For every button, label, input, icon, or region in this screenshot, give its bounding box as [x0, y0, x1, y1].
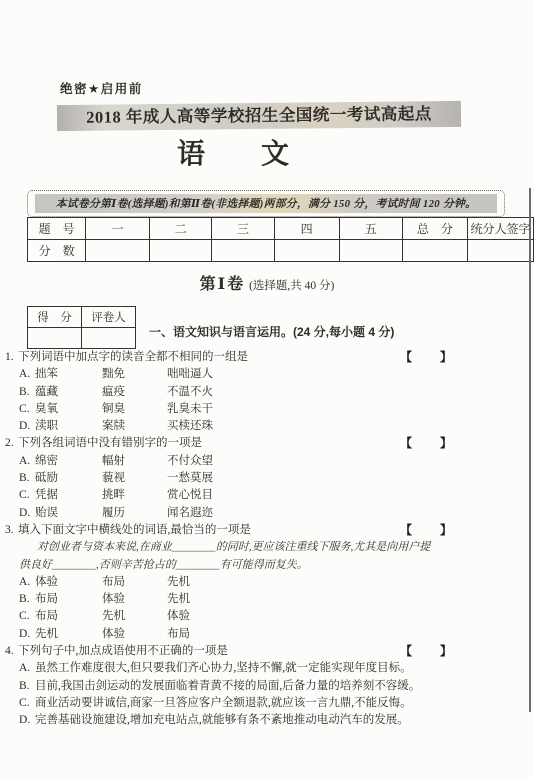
score-cell	[402, 240, 467, 262]
option-word: 幅射	[102, 453, 167, 470]
option-row: B.目前,我国击剑运动的发展面临着青黄不接的局面,后备力量的培养刻不容缓。	[5, 678, 460, 695]
option-label: D.	[19, 418, 35, 435]
grader-box-header-row: 得 分 评卷人	[28, 307, 136, 328]
passage-line: 供良好＿＿＿＿,否则辛苦抢占的＿＿＿＿有可能得而复失。	[5, 557, 460, 574]
option-word: 绵密	[35, 455, 58, 467]
score-table-header-row: 题 号 一 二 三 四 五 总 分 统分人签字	[28, 218, 534, 240]
option-word: 藐视	[102, 470, 167, 487]
option-row: D.先机 体验 布局	[5, 626, 460, 643]
option-word: 先机	[35, 628, 58, 640]
answer-bracket: 【 】	[400, 349, 460, 366]
score-table-header-cell: 题 号	[28, 218, 86, 240]
option-word: 贻误	[35, 507, 58, 519]
option-row: A.体验 布局 先机	[5, 574, 460, 591]
option-label: D.	[19, 712, 35, 729]
option-row: B.蕴藏 瘟疫 不温不火	[5, 384, 460, 401]
option-word: 体验	[167, 608, 460, 625]
score-table-header-cell: 四	[274, 218, 339, 240]
option-row: C.商业活动要讲诚信,商家一旦答应客户全额退款,就应该一言九鼎,不能反悔。	[5, 695, 460, 712]
option-label: B.	[19, 591, 35, 608]
grader-box-value-row	[28, 328, 136, 349]
option-label: A.	[19, 660, 35, 677]
option-word: 蕴藏	[35, 386, 58, 398]
option-word: 乳臭未干	[167, 401, 460, 418]
option-word: 买椟还珠	[167, 418, 460, 435]
option-row: A.绵密 幅射 不付众望	[5, 453, 460, 470]
question-4: 4.下列句子中,加点成语使用不正确的一项是 【 】 A.虽然工作难度很大,但只要…	[5, 643, 460, 729]
option-text: 虽然工作难度很大,但只要我们齐心协力,坚持不懈,就一定能实现年度目标。	[35, 662, 412, 674]
option-row: A.拙笨 黜免 咄咄逼人	[5, 366, 460, 383]
option-word: 体验	[35, 576, 58, 588]
question-1-stem-row: 1.下列词语中加点字的读音全都不相同的一组是 【 】	[5, 349, 460, 366]
grader-score-box: 得 分 评卷人	[27, 306, 136, 349]
option-word: 臭氧	[35, 403, 58, 415]
exam-banner: 2018 年成人高等学校招生全国统一考试高起点	[57, 101, 461, 131]
section1-title: 一、语文知识与语言运用。(24 分,每小题 4 分)	[149, 323, 394, 340]
option-row: D.贻误 履历 闻名遐迩	[5, 505, 460, 522]
option-word: 拙笨	[35, 368, 58, 380]
score-table-header-cell: 三	[212, 218, 274, 240]
option-row: A.虽然工作难度很大,但只要我们齐心协力,坚持不懈,就一定能实现年度目标。	[5, 660, 460, 677]
option-word: 黜免	[102, 366, 167, 383]
option-label: C.	[19, 487, 35, 504]
option-row: D.完善基础设施建设,增加充电站点,就能够有条不紊地推动电动汽车的发展。	[5, 712, 460, 729]
question-1: 1.下列词语中加点字的读音全都不相同的一组是 【 】 A.拙笨 黜免 咄咄逼人 …	[5, 349, 460, 435]
score-cell	[468, 240, 534, 262]
answer-bracket: 【 】	[400, 522, 460, 539]
notice-text: 本试卷分第Ⅰ卷(选择题)和第Ⅱ卷(非选择题)两部分，满分 150 分，考试时间 …	[35, 194, 497, 213]
option-label: D.	[19, 626, 35, 643]
passage-line: 对创业者与资本来说,在商业＿＿＿＿的同时,更应该注重线下服务,尤其是向用户提	[5, 539, 460, 556]
score-table-header-cell: 五	[339, 218, 402, 240]
part1-heading: 第Ⅰ卷 (选择题,共 40 分)	[0, 271, 534, 294]
secrecy-label: 绝密★启用前	[60, 79, 143, 97]
question-2-stem-row: 2.下列各组词语中没有错别字的一项是 【 】	[5, 435, 460, 452]
option-label: A.	[19, 453, 35, 470]
option-row: C.凭据 挑畔 赏心悦目	[5, 487, 460, 504]
score-cell	[339, 240, 402, 262]
score-cell	[86, 240, 150, 262]
score-table-score-row: 分 数	[28, 240, 534, 262]
option-word: 赏心悦目	[167, 487, 460, 504]
part1-note: (选择题,共 40 分)	[249, 280, 334, 292]
subject-title: 语 文	[20, 132, 460, 172]
option-word: 不付众望	[167, 453, 460, 470]
exam-paper-page: 绝密★启用前 2018 年成人高等学校招生全国统一考试高起点 语 文 本试卷分第…	[0, 0, 534, 778]
option-label: B.	[19, 470, 35, 487]
option-word: 先机	[167, 574, 460, 591]
option-word: 一愁莫展	[167, 470, 460, 487]
option-word: 瘟疫	[102, 384, 167, 401]
question-3: 3.填入下面文字中横线处的词语,最恰当的一项是 【 】 对创业者与资本来说,在商…	[5, 522, 460, 643]
option-word: 铜臭	[102, 401, 167, 418]
question-number: 2.	[5, 435, 18, 452]
option-word: 不温不火	[167, 384, 460, 401]
grader-box-grader-label: 评卷人	[82, 307, 136, 328]
option-label: C.	[19, 608, 35, 625]
option-label: A.	[19, 574, 35, 591]
option-word: 布局	[102, 574, 167, 591]
option-word: 挑畔	[102, 487, 167, 504]
option-text: 目前,我国击剑运动的发展面临着青黄不接的局面,后备力量的培养刻不容缓。	[35, 680, 420, 692]
option-word: 案牍	[102, 418, 167, 435]
option-word: 履历	[102, 505, 167, 522]
score-table-header-cell: 一	[86, 218, 150, 240]
option-row: C.臭氧 铜臭 乳臭未干	[5, 401, 460, 418]
option-word: 先机	[102, 608, 167, 625]
option-row: B.砥励 藐视 一愁莫展	[5, 470, 460, 487]
option-label: C.	[19, 695, 35, 712]
option-word: 布局	[167, 626, 460, 643]
answer-bracket: 【 】	[400, 435, 460, 452]
question-stem: 下列各组词语中没有错别字的一项是	[18, 437, 202, 449]
score-table: 题 号 一 二 三 四 五 总 分 统分人签字 分 数	[27, 217, 534, 262]
option-word: 闻名遐迩	[167, 505, 460, 522]
score-row-label: 分 数	[28, 240, 86, 262]
score-cell	[274, 240, 339, 262]
score-cell	[212, 240, 274, 262]
question-3-stem-row: 3.填入下面文字中横线处的词语,最恰当的一项是 【 】	[5, 522, 460, 539]
question-stem: 填入下面文字中横线处的词语,最恰当的一项是	[18, 524, 251, 536]
question-4-stem-row: 4.下列句子中,加点成语使用不正确的一项是 【 】	[5, 643, 460, 660]
option-word: 体验	[102, 626, 167, 643]
score-table-header-cell: 二	[150, 218, 212, 240]
notice-box: 本试卷分第Ⅰ卷(选择题)和第Ⅱ卷(非选择题)两部分，满分 150 分，考试时间 …	[27, 190, 505, 217]
question-number: 1.	[5, 349, 18, 366]
option-label: B.	[19, 678, 35, 695]
option-text: 商业活动要讲诚信,商家一旦答应客户全额退款,就应该一言九鼎,不能反悔。	[35, 697, 412, 709]
option-label: A.	[19, 366, 35, 383]
option-word: 砥励	[35, 472, 58, 484]
question-list: 1.下列词语中加点字的读音全都不相同的一组是 【 】 A.拙笨 黜免 咄咄逼人 …	[5, 349, 460, 730]
question-stem: 下列词语中加点字的读音全都不相同的一组是	[18, 351, 248, 363]
question-number: 3.	[5, 522, 18, 539]
grader-box-score-label: 得 分	[28, 307, 82, 328]
grader-box-score-value	[28, 328, 82, 349]
option-row: B.布局 体验 先机	[5, 591, 460, 608]
option-label: D.	[19, 505, 35, 522]
option-row: C.布局 先机 体验	[5, 608, 460, 625]
option-word: 渎职	[35, 420, 58, 432]
option-word: 体验	[102, 591, 167, 608]
score-cell	[150, 240, 212, 262]
option-word: 布局	[35, 593, 58, 605]
option-label: C.	[19, 401, 35, 418]
part1-title: 第Ⅰ卷	[200, 276, 246, 293]
scan-edge-line	[529, 188, 531, 712]
answer-bracket: 【 】	[400, 643, 460, 660]
question-number: 4.	[5, 643, 18, 660]
option-word: 先机	[167, 591, 460, 608]
score-table-header-cell: 统分人签字	[468, 218, 534, 240]
option-word: 咄咄逼人	[167, 366, 460, 383]
score-table-header-cell: 总 分	[402, 218, 467, 240]
question-stem: 下列句子中,加点成语使用不正确的一项是	[18, 645, 228, 657]
option-word: 布局	[35, 610, 58, 622]
option-row: D.渎职 案牍 买椟还珠	[5, 418, 460, 435]
option-label: B.	[19, 384, 35, 401]
option-word: 凭据	[35, 489, 58, 501]
question-2: 2.下列各组词语中没有错别字的一项是 【 】 A.绵密 幅射 不付众望 B.砥励…	[5, 435, 460, 521]
grader-box-grader-value	[82, 328, 136, 349]
option-text: 完善基础设施建设,增加充电站点,就能够有条不紊地推动电动汽车的发展。	[35, 714, 409, 726]
